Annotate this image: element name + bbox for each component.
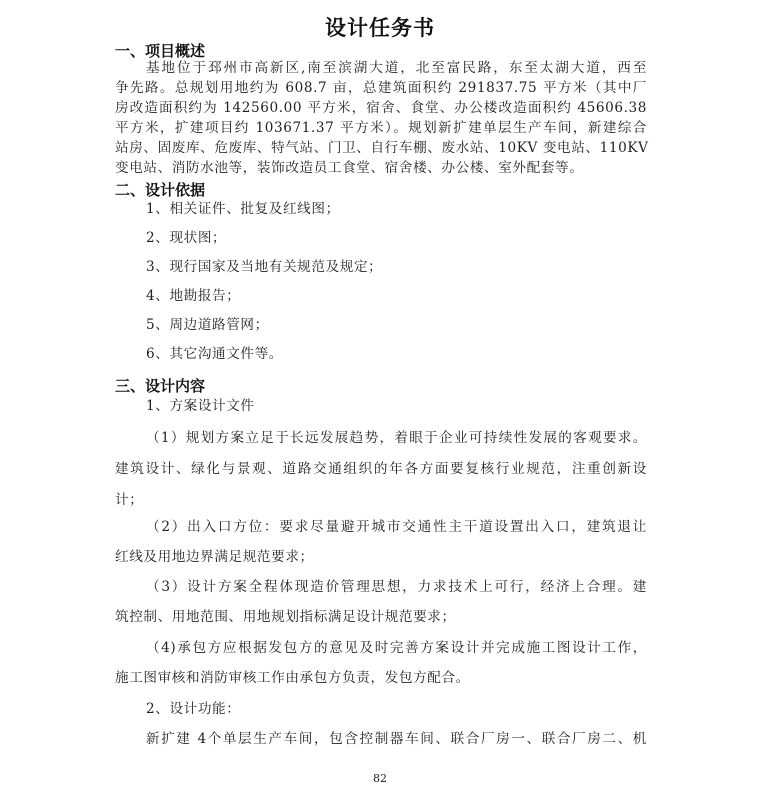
list-item: 5、周边道路管网； — [146, 315, 647, 335]
paragraph-line: 争先路。总规划用地约为 608.7 亩，总建筑面积约 291837.75 平方米… — [115, 78, 647, 98]
paragraph-line: 平方米，扩建项目约 103671.37 平方米）。规划新扩建单层生产车间，新建综… — [115, 118, 647, 138]
paragraph-line: 建筑设计、绿化与景观、道路交通组织的年各方面要复核行业规范，注重创新设 — [115, 459, 647, 479]
paragraph-line: 红线及用地边界满足规范要求； — [115, 547, 647, 567]
paragraph-line: 施工图审核和消防审核工作由承包方负责，发包方配合。 — [115, 668, 647, 688]
section-heading-content: 三、设计内容 — [115, 375, 205, 396]
list-item: 2、现状图； — [146, 228, 647, 248]
paragraph-line: 变电站、消防水池等，装饰改造员工食堂、宿舍楼、办公楼、室外配套等。 — [115, 158, 647, 178]
paragraph-line: 新扩建 4个单层生产车间，包含控制器车间、联合厂房一、联合厂房二、机 — [146, 729, 647, 749]
paragraph-line: 筑控制、用地范围、用地规划指标满足设计规范要求； — [115, 607, 647, 627]
subheading: 2、设计功能： — [146, 699, 647, 719]
paragraph-line: （3）设计方案全程体现造价管理思想，力求技术上可行，经济上合理。建 — [146, 577, 647, 597]
paragraph-line: 基地位于邳州市高新区,南至滨湖大道，北至富民路，东至太湖大道，西至 — [146, 58, 647, 78]
list-item: 3、现行国家及当地有关规范及规定； — [146, 257, 647, 277]
list-item: 4、地勘报告； — [146, 286, 647, 306]
paragraph-line: 站房、固废库、危废库、特气站、门卫、自行车棚、废水站、10KV 变电站、110K… — [115, 138, 647, 158]
document-title: 设计任务书 — [0, 12, 760, 42]
page-number: 82 — [0, 772, 760, 785]
paragraph-line: 计； — [115, 490, 647, 510]
list-item: 6、其它沟通文件等。 — [146, 344, 647, 364]
subheading: 1、方案设计文件 — [146, 396, 647, 416]
paragraph-line: （2）出入口方位：要求尽量避开城市交通性主干道设置出入口，建筑退让 — [146, 517, 647, 537]
paragraph-line: 房改造面积约为 142560.00 平方米，宿舍、食堂、办公楼改造面积约 456… — [115, 98, 647, 118]
paragraph-line: （4)承包方应根据发包方的意见及时完善方案设计并完成施工图设计工作， — [146, 638, 647, 658]
paragraph-line: （1）规划方案立足于长远发展趋势，着眼于企业可持续性发展的客观要求。 — [146, 428, 647, 448]
section-heading-basis: 二、设计依据 — [115, 179, 205, 200]
list-item: 1、相关证件、批复及红线图； — [146, 199, 647, 219]
document-page: 设计任务书 一、项目概述 基地位于邳州市高新区,南至滨湖大道，北至富民路，东至太… — [0, 0, 760, 793]
